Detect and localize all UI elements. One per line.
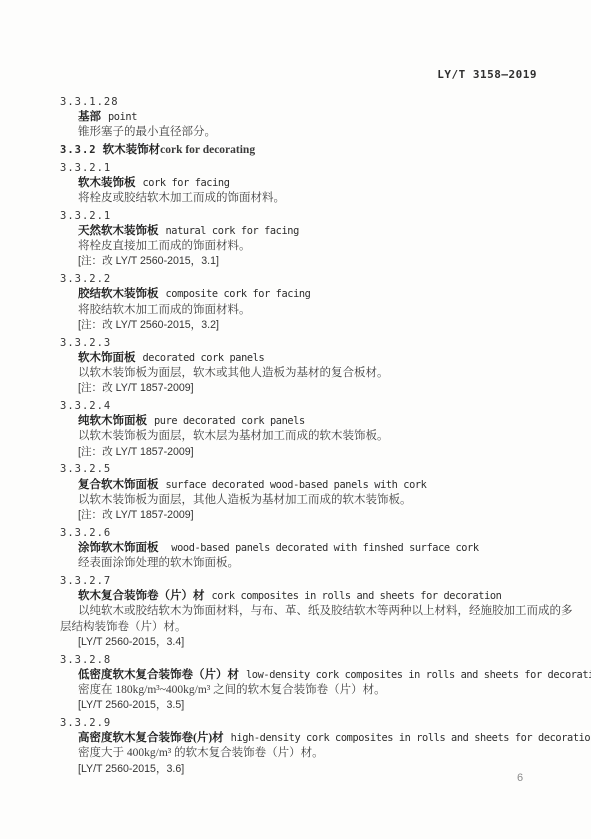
note-line: [注：改 LY/T 1857-2009] bbox=[60, 508, 544, 523]
clause-number: 3.3.2.2 bbox=[60, 272, 544, 287]
term-en: natural cork for facing bbox=[166, 225, 299, 237]
term-zh: 天然软木装饰板 bbox=[78, 225, 159, 237]
page-number: 6 bbox=[517, 772, 523, 784]
clause-number: 3.3.2.6 bbox=[60, 526, 544, 541]
note-line: [注：改 LY/T 1857-2009] bbox=[60, 445, 544, 460]
section-title-zh: 软木装饰材 bbox=[103, 144, 161, 156]
term-line: 胶结软木装饰板composite cork for facing bbox=[60, 287, 544, 302]
note-line: [注：改 LY/T 2560-2015，3.2] bbox=[60, 318, 544, 333]
term-en: composite cork for facing bbox=[166, 288, 311, 300]
definition-line: 将栓皮直接加工而成的饰面材料。 bbox=[60, 239, 544, 254]
note-line: [注：改 LY/T 2560-2015，3.1] bbox=[60, 254, 544, 269]
definition-line: 锥形塞子的最小直径部分。 bbox=[60, 125, 544, 140]
clause-number: 3.3.2.8 bbox=[60, 653, 544, 668]
term-line: 复合软木饰面板surface decorated wood-based pane… bbox=[60, 478, 544, 493]
section-number: 3.3.2 bbox=[60, 144, 97, 156]
term-zh: 低密度软木复合装饰卷（片）材 bbox=[78, 669, 239, 681]
term-line: 软木复合装饰卷（片）材cork composites in rolls and … bbox=[60, 589, 544, 604]
term-zh: 纯软木饰面板 bbox=[78, 415, 147, 427]
definition-line: 密度大于 400kg/m³ 的软木复合装饰卷（片）材。 bbox=[60, 746, 544, 761]
term-en: low-density cork composites in rolls and… bbox=[246, 669, 591, 681]
clause-number: 3.3.2.1 bbox=[60, 209, 544, 224]
term-zh: 复合软木饰面板 bbox=[78, 479, 159, 491]
definition-line: 以软木装饰板为面层，其他人造板为基材加工而成的软木装饰板。 bbox=[60, 493, 544, 508]
term-zh: 软木饰面板 bbox=[78, 352, 136, 364]
term-zh: 高密度软木复合装饰卷(片)材 bbox=[78, 732, 224, 744]
definition-line: 将栓皮或胶结软木加工而成的饰面材料。 bbox=[60, 191, 544, 206]
definition-line: 层结构装饰卷（片）材。 bbox=[60, 620, 544, 635]
note-line: [注：改 LY/T 1857-2009] bbox=[60, 381, 544, 396]
definition-line: 密度在 180kg/m³~400kg/m³ 之间的软木复合装饰卷（片）材。 bbox=[60, 683, 544, 698]
document-page: LY/T 3158—2019 3.3.1.28基部point锥形塞子的最小直径部… bbox=[0, 0, 591, 839]
term-line: 软木饰面板decorated cork panels bbox=[60, 351, 544, 366]
term-en: cork composites in rolls and sheets for … bbox=[212, 590, 502, 602]
section-heading: 3.3.2软木装饰材cork for decorating bbox=[60, 143, 544, 158]
term-en: surface decorated wood-based panels with… bbox=[166, 479, 427, 491]
term-line: 天然软木装饰板natural cork for facing bbox=[60, 224, 544, 239]
clause-number: 3.3.2.7 bbox=[60, 574, 544, 589]
term-zh: 软木复合装饰卷（片）材 bbox=[78, 590, 205, 602]
clause-number: 3.3.2.9 bbox=[60, 716, 544, 731]
term-en: point bbox=[108, 111, 137, 123]
term-en: pure decorated cork panels bbox=[154, 415, 305, 427]
term-zh: 涂饰软木饰面板 bbox=[78, 542, 159, 554]
note-line: [LY/T 2560-2015，3.5] bbox=[60, 698, 544, 713]
definition-line: 以软木装饰板为面层，软木层为基材加工而成的软木装饰板。 bbox=[60, 429, 544, 444]
section-title-en: cork for decorating bbox=[160, 144, 255, 156]
term-line: 纯软木饰面板pure decorated cork panels bbox=[60, 414, 544, 429]
clause-number: 3.3.1.28 bbox=[60, 95, 544, 110]
terms-list: 3.3.1.28基部point锥形塞子的最小直径部分。3.3.2软木装饰材cor… bbox=[60, 92, 544, 777]
definition-line: 以软木装饰板为面层，软木或其他人造板为基材的复合板材。 bbox=[60, 366, 544, 381]
clause-number: 3.3.2.5 bbox=[60, 462, 544, 477]
term-line: 基部point bbox=[60, 110, 544, 125]
definition-line: 经表面涂饰处理的软木饰面板。 bbox=[60, 556, 544, 571]
definition-line: 以纯软木或胶结软木为饰面材料，与布、革、纸及胶结软木等两种以上材料，经施胶加工而… bbox=[60, 604, 544, 619]
note-line: [LY/T 2560-2015，3.6] bbox=[60, 762, 544, 777]
definition-line: 将胶结软木加工而成的饰面材料。 bbox=[60, 303, 544, 318]
standard-number-header: LY/T 3158—2019 bbox=[437, 68, 537, 81]
term-zh: 软木装饰板 bbox=[78, 177, 136, 189]
term-en: wood-based panels decorated with finshed… bbox=[166, 542, 479, 554]
clause-number: 3.3.2.3 bbox=[60, 336, 544, 351]
term-en: high-density cork composites in rolls an… bbox=[231, 732, 591, 744]
term-en: cork for facing bbox=[143, 177, 230, 189]
term-line: 高密度软木复合装饰卷(片)材high-density cork composit… bbox=[60, 731, 544, 746]
term-zh: 胶结软木装饰板 bbox=[78, 288, 159, 300]
note-line: [LY/T 2560-2015，3.4] bbox=[60, 635, 544, 650]
term-line: 涂饰软木饰面板 wood-based panels decorated with… bbox=[60, 541, 544, 556]
term-line: 低密度软木复合装饰卷（片）材low-density cork composite… bbox=[60, 668, 544, 683]
term-zh: 基部 bbox=[78, 111, 101, 123]
clause-number: 3.3.2.4 bbox=[60, 399, 544, 414]
clause-number: 3.3.2.1 bbox=[60, 161, 544, 176]
term-en: decorated cork panels bbox=[143, 352, 265, 364]
term-line: 软木装饰板cork for facing bbox=[60, 176, 544, 191]
